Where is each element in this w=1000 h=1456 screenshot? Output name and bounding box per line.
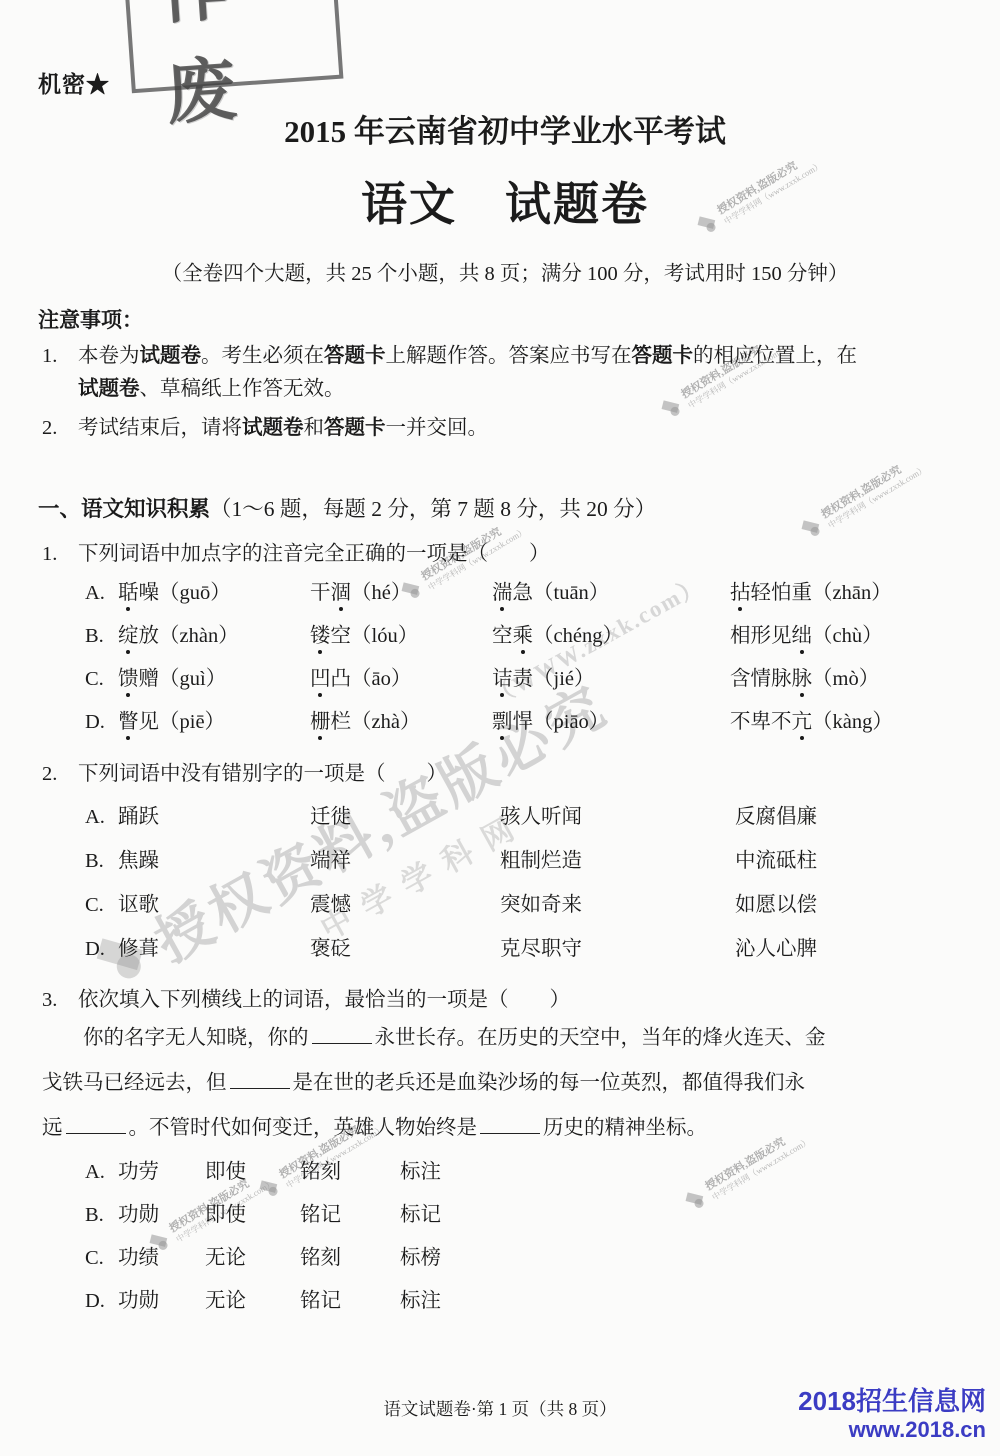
option-label: A. xyxy=(85,802,118,832)
text-segment: 本卷为 xyxy=(78,345,140,367)
text-segment: 放（zhàn） xyxy=(139,625,239,647)
option-word: 无论 xyxy=(205,1243,300,1273)
option-word: 栅栏（zhà） xyxy=(310,707,492,737)
text-segment: 如愿以偿 xyxy=(735,894,817,916)
text-segment: 中流砥柱 xyxy=(735,850,817,872)
text-segment: 标榜 xyxy=(400,1247,441,1269)
exam-title: 2015 年云南省初中学业水平考试 xyxy=(38,112,972,152)
text-segment: 。考生必须在 xyxy=(201,345,324,367)
question-3-options: A.功劳即使铭刻标注B.功勋即使铭记标记C.功绩无论铭刻标榜D.功勋无论铭记标注 xyxy=(38,1157,972,1329)
notice-item-1: 1. 本卷为试题卷。考生必须在答题卡上解题作答。答案应书写在答题卡的相应位置上，… xyxy=(38,340,972,406)
option-word: 功勋 xyxy=(118,1200,205,1230)
option-word: 修葺 xyxy=(118,934,310,964)
text-segment: （hé） xyxy=(351,582,411,604)
option-word: 湍急（tuān） xyxy=(492,578,730,608)
notices-heading: 注意事项： xyxy=(38,306,972,334)
accented-char: 凹 xyxy=(310,668,331,690)
text-segment: 反腐倡廉 xyxy=(735,806,817,828)
notice-item-2: 2. 考试结束后，请将试题卷和答题卡一并交回。 xyxy=(38,412,972,445)
text-segment: 干 xyxy=(310,582,331,604)
section-title: 一、语文知识积累 xyxy=(38,497,210,521)
option-word: 褒砭 xyxy=(310,934,500,964)
section-points: （1～6 题，每题 2 分，第 7 题 8 分，共 20 分） xyxy=(210,497,656,521)
question-text: 下列词语中加点字的注音完全正确的一项是（ ） xyxy=(78,543,550,565)
option-word: 馈赠（guì） xyxy=(118,664,310,694)
text-segment: 相形见 xyxy=(730,625,792,647)
text-segment: 铭刻 xyxy=(300,1247,341,1269)
text-segment: 褒砭 xyxy=(310,938,351,960)
text-segment: 沁人心脾 xyxy=(735,938,817,960)
text-segment: 。不管时代如何变迁，英雄人物始终是 xyxy=(129,1117,478,1139)
text-segment: 不卑不 xyxy=(730,711,792,733)
option-word: 功劳 xyxy=(118,1157,205,1187)
text-segment: 铭记 xyxy=(300,1204,341,1226)
accented-char: 栅 xyxy=(310,711,331,733)
option-word: 凹凸（āo） xyxy=(310,664,492,694)
option-word: 铭记 xyxy=(300,1200,400,1230)
section-1-heading: 一、语文知识积累（1～6 题，每题 2 分，第 7 题 8 分，共 20 分） xyxy=(38,495,972,524)
text-segment: 功勋 xyxy=(118,1204,159,1226)
option-word: 标记 xyxy=(400,1200,972,1230)
option-word: 踊跃 xyxy=(118,802,310,832)
option-row: C.功绩无论铭刻标榜 xyxy=(38,1243,972,1286)
text-segment: 铭刻 xyxy=(300,1161,341,1183)
text-segment: 迁徙 xyxy=(310,806,351,828)
option-word: 镂空（lóu） xyxy=(310,621,492,651)
accented-char: 绌 xyxy=(792,625,813,647)
text-segment: 一并交回。 xyxy=(386,417,489,439)
option-label: B. xyxy=(85,621,118,651)
text-segment: 责（jié） xyxy=(513,668,595,690)
text-segment: 永世长存。在历史的天空中，当年的烽火连天、金 xyxy=(375,1027,826,1049)
option-word: 反腐倡廉 xyxy=(735,802,972,832)
accented-char: 涸 xyxy=(331,582,352,604)
option-row: B.绽放（zhàn）镂空（lóu）空乘（chéng）相形见绌（chù） xyxy=(38,621,972,664)
question-1-stem: 1.下列词语中加点字的注音完全正确的一项是（ ） xyxy=(38,540,972,568)
text-segment: 震憾 xyxy=(310,894,351,916)
option-word: 骇人听闻 xyxy=(500,802,735,832)
text-segment: 即使 xyxy=(205,1204,246,1226)
option-label: C. xyxy=(85,1243,118,1273)
option-word: 焦躁 xyxy=(118,846,310,876)
option-word: 标榜 xyxy=(400,1243,972,1273)
accented-char: 剽 xyxy=(492,711,513,733)
question-2-options: A.踊跃迁徙骇人听闻反腐倡廉B.焦躁端祥粗制烂造中流砥柱C.讴歌震憾突如奇来如愿… xyxy=(38,802,972,978)
accented-char: 瞥 xyxy=(118,711,139,733)
accented-char: 聒 xyxy=(118,582,139,604)
option-word: 即使 xyxy=(205,1200,300,1230)
text-segment: 你的名字无人知晓，你的 xyxy=(83,1027,309,1049)
option-label: C. xyxy=(85,890,118,920)
question-3-passage: 你的名字无人知晓，你的永世长存。在历史的天空中，当年的烽火连天、金戈铁马已经远去… xyxy=(38,1016,972,1151)
text-segment: 端祥 xyxy=(310,850,351,872)
option-word: 讴歌 xyxy=(118,890,310,920)
option-word: 功勋 xyxy=(118,1286,205,1316)
option-word: 即使 xyxy=(205,1157,300,1187)
text-segment: 轻怕重（zhān） xyxy=(751,582,892,604)
option-row: A.功劳即使铭刻标注 xyxy=(38,1157,972,1200)
site-url: www.2018.cn xyxy=(798,1417,986,1443)
text-segment: 和 xyxy=(304,417,325,439)
text-segment: 试题卷 xyxy=(78,378,140,400)
text-segment: 远 xyxy=(42,1117,63,1139)
notice-text: 考试结束后，请将试题卷和答题卡一并交回。 xyxy=(78,412,972,445)
text-segment: 空 xyxy=(492,625,513,647)
text-segment: 含情脉 xyxy=(730,668,792,690)
text-segment: 突如奇来 xyxy=(500,894,582,916)
text-segment: 功绩 xyxy=(118,1247,159,1269)
option-word: 相形见绌（chù） xyxy=(730,621,972,651)
paper-meta: （全卷四个大题，共 25 个小题，共 8 页；满分 100 分，考试用时 150… xyxy=(38,260,972,288)
text-segment: （mò） xyxy=(812,668,879,690)
option-word: 沁人心脾 xyxy=(735,934,972,964)
text-segment: 骇人听闻 xyxy=(500,806,582,828)
option-label: D. xyxy=(85,934,118,964)
option-word: 含情脉脉（mò） xyxy=(730,664,972,694)
text-segment: （chù） xyxy=(812,625,883,647)
text-segment: 粗制烂造 xyxy=(500,850,582,872)
option-word: 干涸（hé） xyxy=(310,578,492,608)
option-row: A.踊跃迁徙骇人听闻反腐倡廉 xyxy=(38,802,972,846)
fill-in-blank xyxy=(480,1113,540,1135)
question-text: 依次填入下列横线上的词语，最恰当的一项是（ ） xyxy=(78,989,570,1011)
option-label: B. xyxy=(85,846,118,876)
accented-char: 诘 xyxy=(492,668,513,690)
option-word: 瞥见（piē） xyxy=(118,707,310,737)
option-word: 诘责（jié） xyxy=(492,664,730,694)
question-1-options: A.聒噪（guō）干涸（hé）湍急（tuān）拈轻怕重（zhān）B.绽放（zh… xyxy=(38,578,972,750)
question-text: 下列词语中没有错别字的一项是（ ） xyxy=(78,763,447,785)
accented-char: 湍 xyxy=(492,582,513,604)
text-segment: 凸（āo） xyxy=(331,668,412,690)
option-word: 克尽职守 xyxy=(500,934,735,964)
option-word: 绽放（zhàn） xyxy=(118,621,310,651)
option-label: B. xyxy=(85,1200,118,1230)
text-segment: 踊跃 xyxy=(118,806,159,828)
text-segment: 功劳 xyxy=(118,1161,159,1183)
option-row: A.聒噪（guō）干涸（hé）湍急（tuān）拈轻怕重（zhān） xyxy=(38,578,972,621)
option-label: C. xyxy=(85,664,118,694)
text-segment: 答题卡 xyxy=(324,417,386,439)
accented-char: 亢 xyxy=(792,711,813,733)
option-word: 震憾 xyxy=(310,890,500,920)
option-label: D. xyxy=(85,1286,118,1316)
option-word: 不卑不亢（kàng） xyxy=(730,707,972,737)
option-row: D.修葺褒砭克尽职守沁人心脾 xyxy=(38,934,972,978)
site-name: 2018招生信息网 xyxy=(798,1386,986,1417)
question-number: 3. xyxy=(42,986,78,1014)
text-segment: 上解题作答。答案应书写在 xyxy=(386,345,632,367)
text-segment: 答题卡 xyxy=(632,345,694,367)
text-segment: 无论 xyxy=(205,1247,246,1269)
option-word: 如愿以偿 xyxy=(735,890,972,920)
option-word: 粗制烂造 xyxy=(500,846,735,876)
exam-paper-page: 作废 机密★ （WWW.zxxk.com） 授权资料,盗版必究 中学学科网 授权… xyxy=(0,0,1000,1456)
text-segment: 讴歌 xyxy=(118,894,159,916)
text-segment: 标注 xyxy=(400,1290,441,1312)
accented-char: 拈 xyxy=(730,582,751,604)
notice-number: 1. xyxy=(42,340,78,406)
text-segment: 无论 xyxy=(205,1290,246,1312)
option-word: 标注 xyxy=(400,1286,972,1316)
option-word: 端祥 xyxy=(310,846,500,876)
option-word: 剽悍（piāo） xyxy=(492,707,730,737)
option-word: 铭刻 xyxy=(300,1243,400,1273)
option-word: 中流砥柱 xyxy=(735,846,972,876)
paper-title: 语文 试题卷 xyxy=(38,176,972,234)
text-segment: 修葺 xyxy=(118,938,159,960)
option-row: C.馈赠（guì）凹凸（āo）诘责（jié）含情脉脉（mò） xyxy=(38,664,972,707)
question-number: 2. xyxy=(42,760,78,788)
fill-in-blank xyxy=(230,1068,290,1090)
notice-number: 2. xyxy=(42,412,78,445)
text-segment: 是在世的老兵还是血染沙场的每一位英烈，都值得我们永 xyxy=(293,1072,806,1094)
option-label: D. xyxy=(85,707,118,737)
text-segment: 悍（piāo） xyxy=(513,711,610,733)
option-row: D.瞥见（piē）栅栏（zhà）剽悍（piāo）不卑不亢（kàng） xyxy=(38,707,972,750)
option-row: C.讴歌震憾突如奇来如愿以偿 xyxy=(38,890,972,934)
accented-char: 乘 xyxy=(513,625,534,647)
option-word: 空乘（chéng） xyxy=(492,621,730,651)
text-segment: 历史的精神坐标。 xyxy=(543,1117,707,1139)
accented-char: 脉 xyxy=(792,668,813,690)
option-word: 铭刻 xyxy=(300,1157,400,1187)
text-segment: （chéng） xyxy=(533,625,623,647)
text-segment: 栏（zhà） xyxy=(331,711,421,733)
fill-in-blank xyxy=(312,1023,372,1045)
fill-in-blank xyxy=(66,1113,126,1135)
question-3-stem: 3.依次填入下列横线上的词语，最恰当的一项是（ ） xyxy=(38,986,972,1014)
option-word: 突如奇来 xyxy=(500,890,735,920)
text-segment: 、草稿纸上作答无效。 xyxy=(140,378,345,400)
option-word: 拈轻怕重（zhān） xyxy=(730,578,972,608)
option-word: 铭记 xyxy=(300,1286,400,1316)
text-segment: 焦躁 xyxy=(118,850,159,872)
option-label: A. xyxy=(85,1157,118,1187)
option-row: D.功勋无论铭记标注 xyxy=(38,1286,972,1329)
text-segment: 功勋 xyxy=(118,1290,159,1312)
accented-char: 馈 xyxy=(118,668,139,690)
option-word: 聒噪（guō） xyxy=(118,578,310,608)
option-word: 无论 xyxy=(205,1286,300,1316)
text-segment: 空（lóu） xyxy=(331,625,419,647)
text-segment: （kàng） xyxy=(812,711,893,733)
text-segment: 试题卷 xyxy=(140,345,202,367)
text-segment: 铭记 xyxy=(300,1290,341,1312)
option-word: 标注 xyxy=(400,1157,972,1187)
text-segment: 的相应位置上，在 xyxy=(693,345,857,367)
page-content: 2015 年云南省初中学业水平考试 语文 试题卷 （全卷四个大题，共 25 个小… xyxy=(38,0,972,1329)
text-segment: 即使 xyxy=(205,1161,246,1183)
text-segment: 考试结束后，请将 xyxy=(78,417,242,439)
site-watermark: 2018招生信息网 www.2018.cn xyxy=(798,1386,986,1444)
option-row: B.功勋即使铭记标记 xyxy=(38,1200,972,1243)
text-segment: 噪（guō） xyxy=(139,582,231,604)
notice-text: 本卷为试题卷。考生必须在答题卡上解题作答。答案应书写在答题卡的相应位置上，在试题… xyxy=(78,340,972,406)
text-segment: 急（tuān） xyxy=(513,582,610,604)
text-segment: 试题卷 xyxy=(242,417,304,439)
option-word: 迁徙 xyxy=(310,802,500,832)
text-segment: 戈铁马已经远去，但 xyxy=(42,1072,227,1094)
text-segment: 答题卡 xyxy=(324,345,386,367)
accented-char: 镂 xyxy=(310,625,331,647)
text-segment: 标记 xyxy=(400,1204,441,1226)
question-2-stem: 2.下列词语中没有错别字的一项是（ ） xyxy=(38,760,972,788)
text-segment: 标注 xyxy=(400,1161,441,1183)
text-segment: 赠（guì） xyxy=(139,668,227,690)
accented-char: 绽 xyxy=(118,625,139,647)
text-segment: 克尽职守 xyxy=(500,938,582,960)
option-word: 功绩 xyxy=(118,1243,205,1273)
question-number: 1. xyxy=(42,540,78,568)
option-label: A. xyxy=(85,578,118,608)
option-row: B.焦躁端祥粗制烂造中流砥柱 xyxy=(38,846,972,890)
text-segment: 见（piē） xyxy=(139,711,226,733)
